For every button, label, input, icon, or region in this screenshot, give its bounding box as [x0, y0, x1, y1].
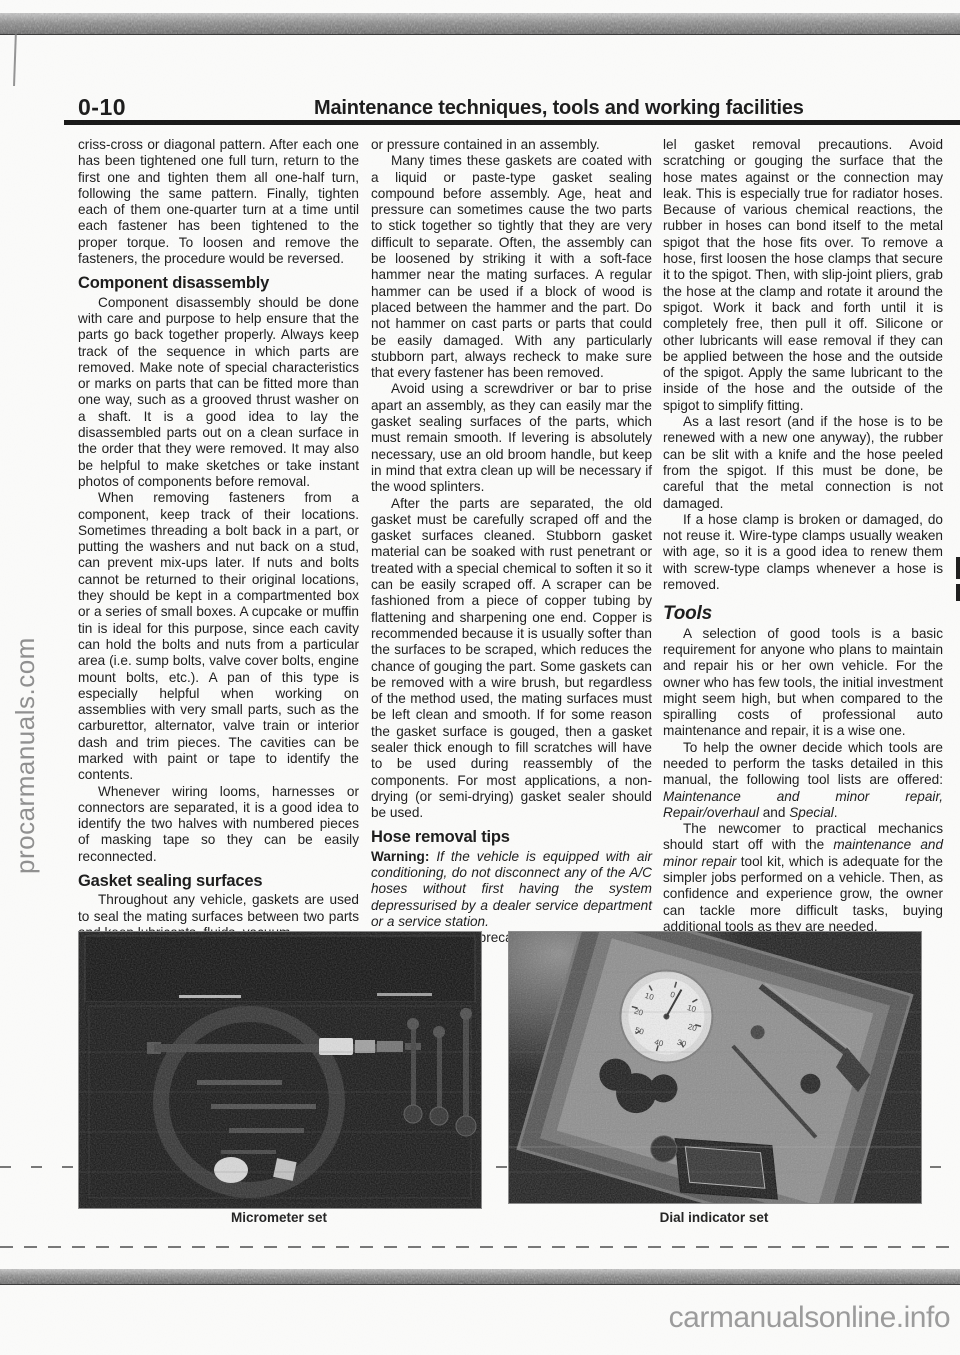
text-run: criss-cross or diagonal pattern. After e… [78, 137, 359, 266]
dial-indicator-photo: 01020 304050 2010 [508, 931, 922, 1204]
text-run: and [759, 805, 789, 820]
text-run: When removing fasteners from a component… [78, 490, 359, 782]
paragraph: lel gasket removal precautions. Avoid sc… [663, 137, 943, 414]
text-column-right: lel gasket removal precautions. Avoid sc… [663, 137, 943, 935]
section-heading: Gasket sealing surfaces [78, 873, 359, 889]
text-run: To help the owner decide which tools are… [663, 740, 943, 788]
paragraph: A selection of good tools is a basic req… [663, 626, 943, 740]
dial-indicator-photo-image: 01020 304050 2010 [509, 932, 921, 1203]
text-run: A selection of good tools is a basic req… [663, 626, 943, 739]
text-run: Component disassembly should be done wit… [78, 295, 359, 489]
text-run: After the parts are separated, the old g… [371, 496, 652, 821]
paragraph: or pressure contained in an assembly. [371, 137, 652, 153]
micrometer-photo-image [79, 932, 481, 1208]
text-column-center: or pressure contained in an assembly.Man… [371, 137, 652, 947]
page-number: 0-10 [78, 94, 126, 121]
scan-artifact-top-band [0, 13, 960, 35]
text-run: As a last resort (and if the hose is to … [663, 414, 943, 510]
text-run: lel gasket removal precautions. Avoid sc… [663, 137, 943, 413]
scan-artifact-mark [956, 584, 960, 601]
scan-artifact-bottom-band [0, 1269, 960, 1285]
text-run: Avoid using a screwdriver or bar to pris… [371, 381, 652, 494]
watermark-procarmanuals: procarmanuals.com [10, 637, 41, 874]
text-run: Warning: [371, 849, 436, 864]
paragraph: Many times these gaskets are coated with… [371, 153, 652, 381]
text-column-left: criss-cross or diagonal pattern. After e… [78, 137, 359, 941]
watermark-carmanualsonline: carmanualsonline.info [669, 1301, 950, 1335]
paragraph: Component disassembly should be done wit… [78, 295, 359, 491]
noise-texture [0, 1269, 960, 1284]
section-heading: Component disassembly [78, 275, 359, 291]
text-run: Whenever wiring looms, harnesses or conn… [78, 784, 359, 864]
paragraph: Avoid using a screwdriver or bar to pris… [371, 381, 652, 495]
section-heading: Hose removal tips [371, 829, 652, 845]
text-run: Special [789, 805, 834, 820]
text-run: If a hose clamp is broken or damaged, do… [663, 512, 943, 592]
scan-artifact-dashed-line [0, 1246, 960, 1248]
scan-artifact-mark [956, 557, 960, 579]
paragraph: Warning: If the vehicle is equipped with… [371, 849, 652, 930]
manual-page: 0-10 Maintenance techniques, tools and w… [0, 0, 960, 1355]
paragraph: Whenever wiring looms, harnesses or conn… [78, 784, 359, 865]
paragraph: criss-cross or diagonal pattern. After e… [78, 137, 359, 267]
scan-artifact-line [13, 30, 17, 86]
text-run: Many times these gaskets are coated with… [371, 153, 652, 380]
header-rule [64, 120, 960, 125]
dial-indicator-caption: Dial indicator set [508, 1210, 920, 1225]
micrometer-photo [78, 931, 482, 1209]
paragraph: To help the owner decide which tools are… [663, 740, 943, 821]
paragraph: When removing fasteners from a component… [78, 490, 359, 783]
text-run: . [834, 805, 838, 820]
paragraph: The newcomer to practical mechanics shou… [663, 821, 943, 935]
paragraph: If a hose clamp is broken or damaged, do… [663, 512, 943, 593]
paragraph: As a last resort (and if the hose is to … [663, 414, 943, 512]
micrometer-caption: Micrometer set [78, 1210, 480, 1225]
paragraph: After the parts are separated, the old g… [371, 496, 652, 822]
text-run: or pressure contained in an assembly. [371, 137, 600, 152]
section-heading-major: Tools [663, 606, 943, 622]
noise-texture [0, 13, 960, 34]
page-title: Maintenance techniques, tools and workin… [314, 97, 804, 120]
